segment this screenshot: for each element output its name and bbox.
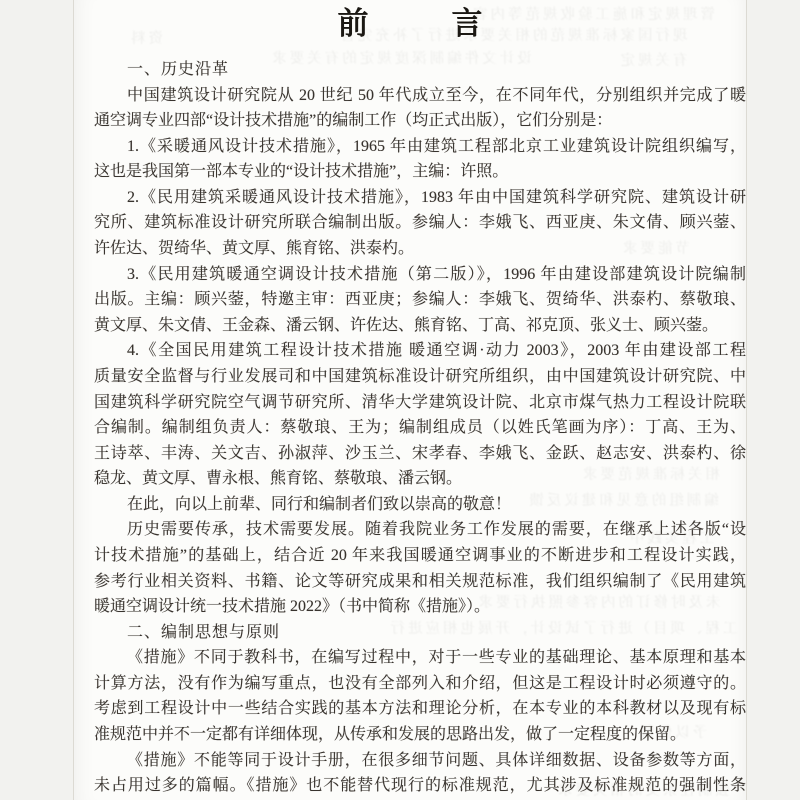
scanned-book-page: { "document": { "title": "前 言", "lines":…	[0, 0, 800, 800]
text-lines: 一、历史沿革中国建筑设计研究院从 20 世纪 50 年代成立至今，在不同年代，分…	[94, 57, 746, 799]
text-line: 历史需要传承，技术需要发展。随着我院业务工作发展的需要，在继承上述各版“设	[94, 517, 746, 543]
text-line: 《措施》不同于教科书，在编写过程中，对于一些专业的基础理论、基本原理和基本	[94, 645, 746, 671]
text-line: 2.《民用建筑采暖通风设计技术措施》，1983 年由中国建筑科学研究院、建筑设计…	[94, 185, 746, 211]
text-line: 参考行业相关资料、书籍、论文等研究成果和相关规范标准，我们组织编制了《民用建筑	[94, 569, 746, 595]
text-line: 王诗萃、丰涛、关文吉、孙淑萍、沙玉兰、宋孝春、李娥飞、金跃、赵志安、洪泰杓、徐	[94, 441, 746, 467]
text-line: 合编制。编制组负责人：蔡敬琅、王为；编制组成员（以姓氏笔画为序）：丁高、王为、	[94, 415, 746, 441]
text-line: 暖通空调设计统一技术措施 2022》（书中简称《措施》）。	[94, 594, 746, 620]
text-line: 准规范中并不一定都有详细体现，从传承和发展的思路出发，做了一定程度的保留。	[94, 722, 746, 748]
text-line: 计算方法，没有作为编写重点，也没有全部列入和介绍，但这是工程设计时必须遵守的。	[94, 671, 746, 697]
text-line: 究所、建筑标准设计研究所联合编制出版。参编人：李娥飞、西亚庚、朱文倩、顾兴蓥、	[94, 210, 746, 236]
text-line: 在此，向以上前辈、同行和编制者们致以崇高的敬意！	[94, 492, 746, 518]
text-line: 出版。主编：顾兴蓥，特邀主审：西亚庚；参编人：李娥飞、贺绮华、洪泰杓、蔡敬琅、	[94, 287, 746, 313]
text-line: 稳龙、黄文厚、曹永根、熊育铭、蔡敬琅、潘云钢。	[94, 466, 746, 492]
text-line: 通空调专业四部“设计技术措施”的编制工作（均正式出版），它们分别是：	[94, 108, 746, 134]
text-line: 考虑到工程设计中一些结合实践的基本方法和理论分析，在本专业的本科教材以及现有标	[94, 696, 746, 722]
section-heading: 二、编制思想与原则	[94, 620, 746, 646]
text-line: 黄文厚、朱文倩、王金森、潘云钢、许佐达、熊育铭、丁高、祁克顶、张义士、顾兴蓥。	[94, 313, 746, 339]
page-title: 前 言	[73, 2, 747, 46]
text-line: 中国建筑设计研究院从 20 世纪 50 年代成立至今，在不同年代，分别组织并完成…	[94, 83, 746, 109]
text-line: 这也是我国第一部本专业的“设计技术措施”，主编：许照。	[94, 159, 746, 185]
text-line: 1.《采暖通风设计技术措施》，1965 年由建筑工程部北京工业建筑设计院组织编写…	[94, 134, 746, 160]
text-line: 计技术措施”的基础上，结合近 20 年来我国暖通空调事业的不断进步和工程设计实践…	[94, 543, 746, 569]
text-line: 许佐达、贺绮华、黄文厚、熊育铭、洪泰杓。	[94, 236, 746, 262]
text-line: 国建筑科学研究院空气调节研究所、清华大学建筑设计院、北京市煤气热力工程设计院联	[94, 390, 746, 416]
text-line: 3.《民用建筑暖通空调设计技术措施（第二版）》，1996 年由建设部建筑设计院编…	[94, 262, 746, 288]
text-line: 质量安全监督与行业发展司和中国建筑标准设计研究所组织，由中国建筑设计研究院、中	[94, 364, 746, 390]
text-line: 未占用过多的篇幅。《措施》也不能替代现行的标准规范，尤其涉及标准规范的强制性条	[94, 773, 746, 799]
text-line: 《措施》不能等同于设计手册，在很多细节问题、具体详细数据、设备参数等方面，	[94, 748, 746, 774]
text-line: 4.《全国民用建筑工程设计技术措施 暖通空调·动力 2003》，2003 年由建…	[94, 338, 746, 364]
section-heading: 一、历史沿革	[94, 57, 746, 83]
